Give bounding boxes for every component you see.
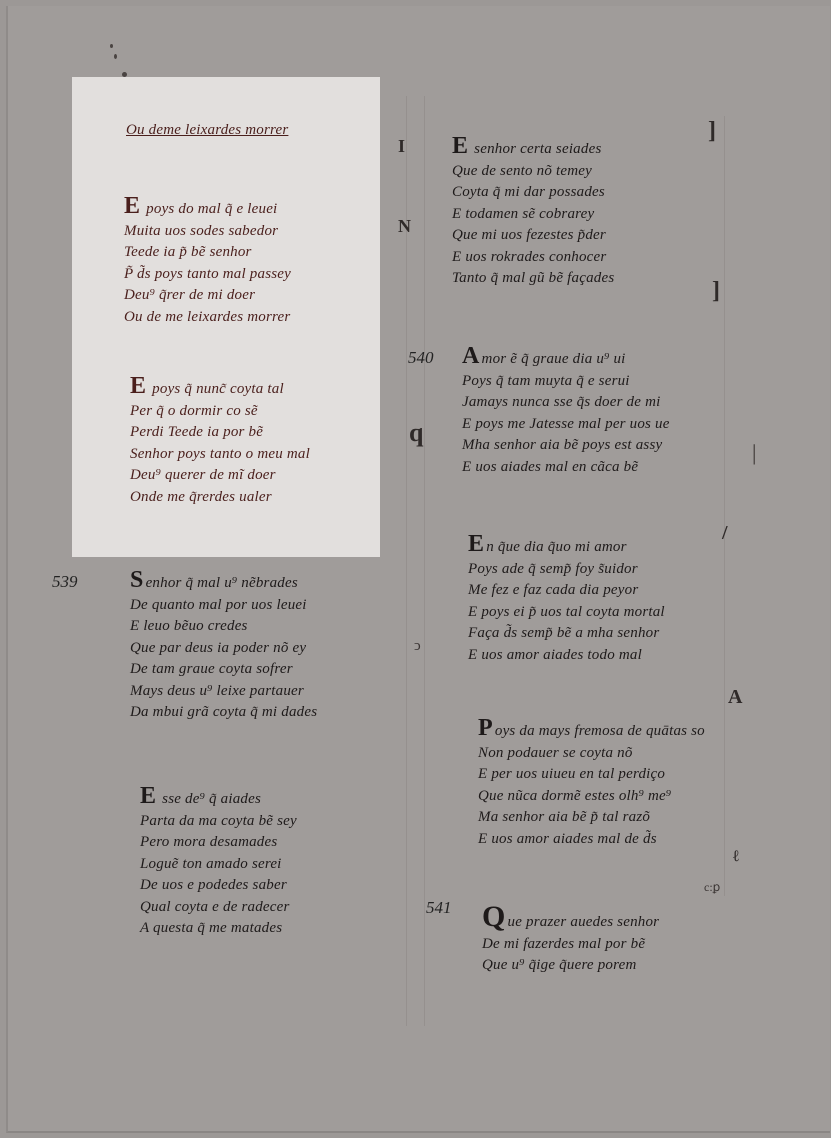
stanza: E poys q̃ nunc̃ coyta tal Per q̃ o dormi… xyxy=(130,376,310,508)
verse-text: n q̃ue dia q̃uo mi amor xyxy=(486,539,626,555)
stanza: Amor ẽ q̃ graue dia u⁹ ui Poys q̃ tam mu… xyxy=(462,346,670,478)
verse-line: Que u⁹ q̃ige q̃uere porem xyxy=(482,955,659,977)
verse-line: E per uos uiueu en tal perdiço xyxy=(478,764,705,786)
verse-line: Parta da ma coyta bẽ sey xyxy=(140,811,297,833)
verse-line: Ou deme leixardes morrer xyxy=(126,120,288,142)
verse-line: Da mbui grã coyta q̃ mi dades xyxy=(130,702,317,724)
verse-line: E uos aiades mal en cãca bẽ xyxy=(462,457,670,479)
margin-mark: ↄ xyxy=(414,638,421,655)
verse-text: mor ẽ q̃ graue dia u⁹ ui xyxy=(482,351,626,367)
verse-line: E uos amor aiades todo mal xyxy=(468,645,665,667)
verse-line: Senhor q̃ mal u⁹ nẽbrades xyxy=(130,570,317,595)
verse-line: Pero mora desamades xyxy=(140,832,297,854)
initial-letter: Q xyxy=(482,900,506,933)
refrain-line-block: Ou deme leixardes morrer xyxy=(126,120,288,142)
verse-line: Mha senhor aia bẽ poys est assy xyxy=(462,435,670,457)
verse-line: A questa q̃ me matades xyxy=(140,918,297,940)
verse-line: E sse de⁹ q̃ aiades xyxy=(140,786,297,811)
poem-number: 539 xyxy=(52,572,78,592)
verse-line: Que prazer auedes senhor xyxy=(482,906,659,934)
verse-line: Poys q̃ tam muyta q̃ e serui xyxy=(462,371,670,393)
margin-mark: N xyxy=(398,216,411,237)
verse-line: E poys me Jatesse mal per uos ue xyxy=(462,414,670,436)
verse-line: Senhor poys tanto o meu mal xyxy=(130,444,310,466)
verse-line: Deu⁹ q̃rer de mi doer xyxy=(124,285,291,307)
stanza: Senhor q̃ mal u⁹ nẽbrades De quanto mal … xyxy=(130,570,317,724)
margin-mark: A xyxy=(728,686,742,709)
margin-mark: ] xyxy=(708,118,716,145)
verse-line: Ma senhor aia bẽ p̃ tal razõ xyxy=(478,807,705,829)
verse-line: E senhor certa seiades xyxy=(452,136,614,161)
verse-line: De mi fazerdes mal por bẽ xyxy=(482,934,659,956)
initial-letter: S xyxy=(130,567,144,593)
verse-line: Amor ẽ q̃ graue dia u⁹ ui xyxy=(462,346,670,371)
margin-mark: ] xyxy=(712,278,720,305)
margin-mark: / xyxy=(722,522,728,545)
verse-line: Mays deus u⁹ leixe partauer xyxy=(130,681,317,703)
verse-line: Faça d̃s semp̃ bẽ a mha senhor xyxy=(468,623,665,645)
verse-line: E uos rokrades conhocer xyxy=(452,247,614,269)
poem-number: 541 xyxy=(426,898,452,918)
verse-line: Per q̃ o dormir co sẽ xyxy=(130,401,310,423)
verse-line: Ou de me leixardes morrer xyxy=(124,307,291,329)
verse-line: Poys ade q̃ semp̃ foy s̃uidor xyxy=(468,559,665,581)
verse-text: oys da mays fremosa de quātas so xyxy=(495,723,705,739)
verse-line: Poys da mays fremosa de quātas so xyxy=(478,718,705,743)
initial-letter: E xyxy=(130,373,146,399)
poem-number: 540 xyxy=(408,348,434,368)
verse-line: Tanto q̃ mal gũ bẽ façades xyxy=(452,268,614,290)
verse-text: enhor q̃ mal u⁹ nẽbrades xyxy=(146,575,298,591)
verse-line: Qual coyta e de radecer xyxy=(140,897,297,919)
verse-line: De uos e podedes saber xyxy=(140,875,297,897)
initial-letter: E xyxy=(140,783,156,809)
verse-line: P̃ d̃s poys tanto mal passey xyxy=(124,264,291,286)
verse-line: E todamen sẽ cobrarey xyxy=(452,204,614,226)
ruling-line xyxy=(424,96,425,1026)
initial-letter: A xyxy=(462,343,480,369)
verse-line: Non podauer se coyta nõ xyxy=(478,743,705,765)
verse-line: E leuo bẽuo credes xyxy=(130,616,317,638)
verse-line: E poys ei p̃ uos tal coyta mortal xyxy=(468,602,665,624)
ink-stain xyxy=(114,54,117,59)
initial-letter: P xyxy=(478,715,493,741)
ink-stain xyxy=(110,44,113,48)
verse-line: Onde me q̃rerdes ualer xyxy=(130,487,310,509)
verse-line: Muita uos sodes sabedor xyxy=(124,221,291,243)
verse-line: De quanto mal por uos leuei xyxy=(130,595,317,617)
verse-line: E poys do mal q̃ e leuei xyxy=(124,196,291,221)
verse-text: ue prazer auedes senhor xyxy=(508,914,660,930)
stanza: Que prazer auedes senhor De mi fazerdes … xyxy=(482,906,659,977)
verse-line: Jamays nunca sse q̃s doer de mi xyxy=(462,392,670,414)
verse-line: Que de sento nõ temey xyxy=(452,161,614,183)
margin-mark: | xyxy=(752,440,756,466)
initial-letter: E xyxy=(124,193,140,219)
stanza: E senhor certa seiades Que de sento nõ t… xyxy=(452,136,614,290)
verse-line: Que mi uos fezestes p̃der xyxy=(452,225,614,247)
verse-text: poys do mal q̃ e leuei xyxy=(142,201,277,217)
margin-mark: c:ꝑ xyxy=(704,880,720,895)
stanza: E sse de⁹ q̃ aiades Parta da ma coyta bẽ… xyxy=(140,786,297,940)
verse-text: poys q̃ nunc̃ coyta tal xyxy=(148,381,284,397)
margin-mark: ℓ xyxy=(733,848,739,866)
initial-letter: E xyxy=(452,133,468,159)
verse-line: Coyta q̃ mi dar possades xyxy=(452,182,614,204)
verse-line: De tam graue coyta sofrer xyxy=(130,659,317,681)
verse-line: Que nũca dormẽ estes olh⁹ me⁹ xyxy=(478,786,705,808)
stanza: En q̃ue dia q̃uo mi amor Poys ade q̃ sem… xyxy=(468,534,665,666)
margin-mark: q xyxy=(409,418,423,448)
verse-line: Que par deus ia poder nõ ey xyxy=(130,638,317,660)
verse-line: En q̃ue dia q̃uo mi amor xyxy=(468,534,665,559)
margin-mark: I xyxy=(398,136,405,157)
verse-line: Teede ia p̃ bẽ senhor xyxy=(124,242,291,264)
verse-line: E uos amor aiades mal de d̃s xyxy=(478,829,705,851)
verse-line: E poys q̃ nunc̃ coyta tal xyxy=(130,376,310,401)
verse-text: senhor certa seiades xyxy=(470,141,601,157)
ruling-line xyxy=(724,116,725,896)
verse-line: Perdi Teede ia por bẽ xyxy=(130,422,310,444)
initial-letter: E xyxy=(468,531,484,557)
verse-line: Loguẽ ton amado serei xyxy=(140,854,297,876)
verse-line: Deu⁹ querer de mĩ doer xyxy=(130,465,310,487)
verse-text: sse de⁹ q̃ aiades xyxy=(158,791,261,807)
stanza: Poys da mays fremosa de quātas so Non po… xyxy=(478,718,705,850)
verse-line: Me fez e faz cada dia peyor xyxy=(468,580,665,602)
stanza: E poys do mal q̃ e leuei Muita uos sodes… xyxy=(124,196,291,328)
